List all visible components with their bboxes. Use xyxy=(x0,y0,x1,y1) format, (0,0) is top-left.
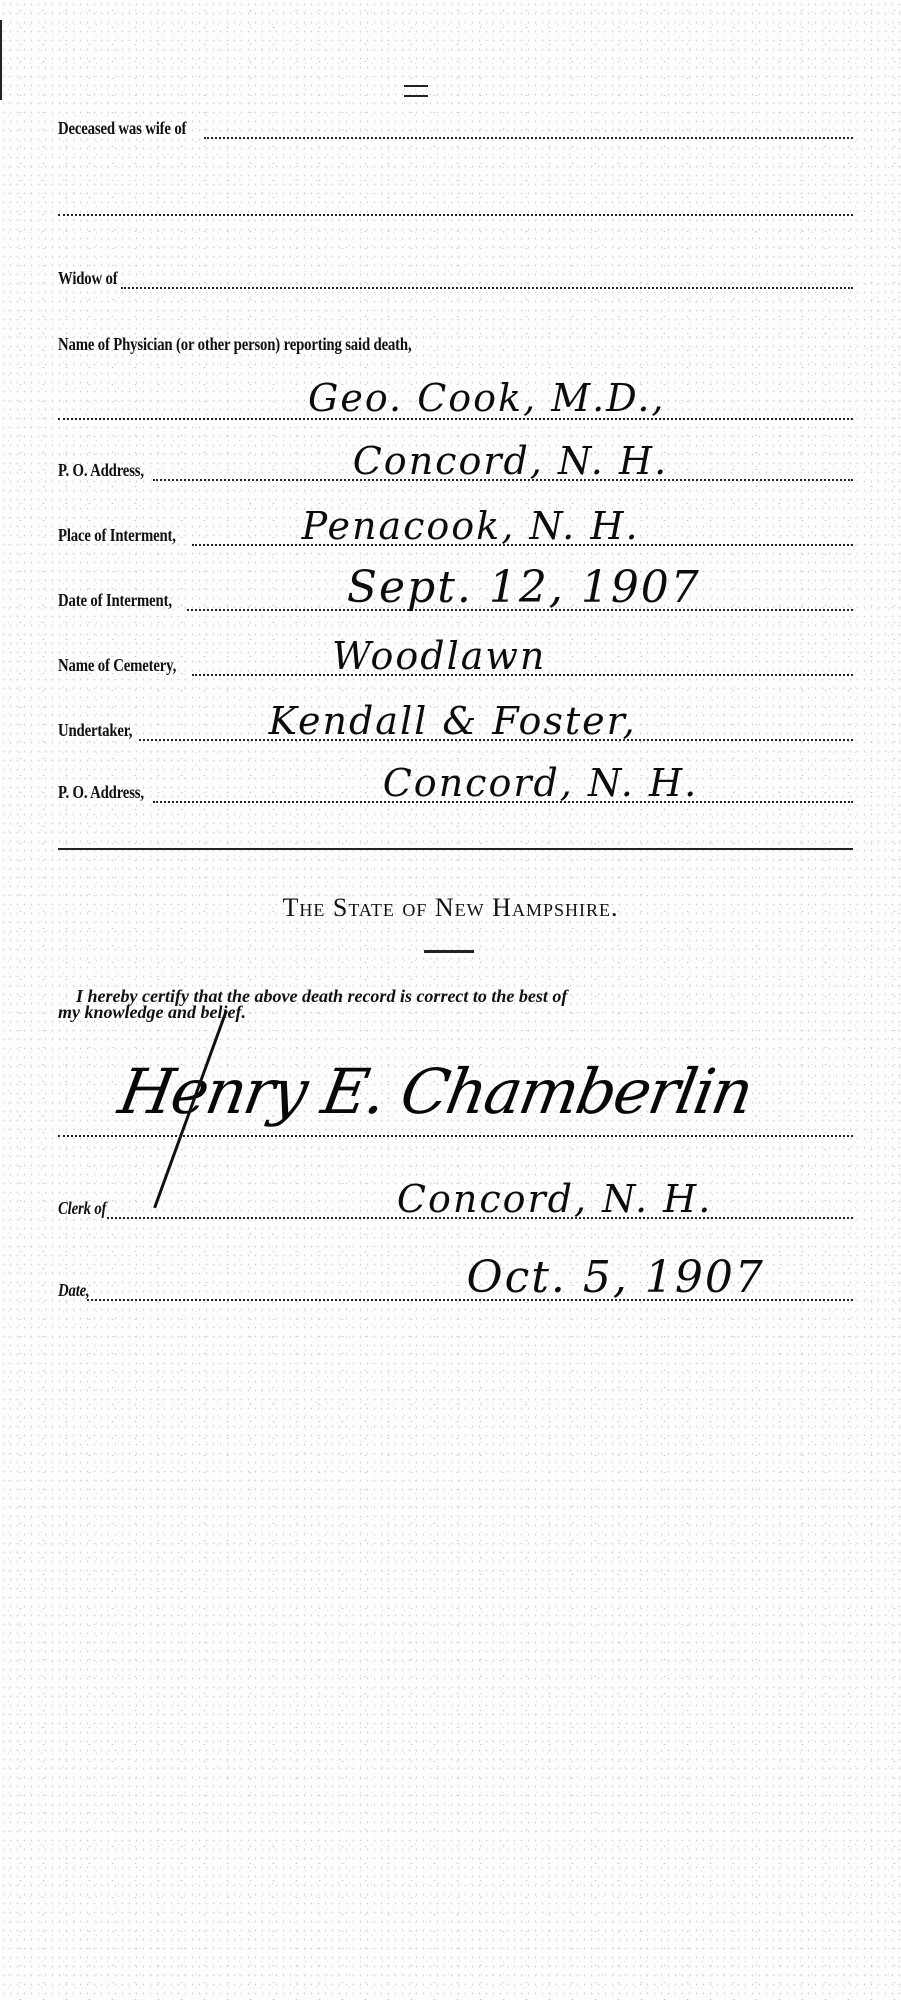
certification-line-2: my knowledge and belief. xyxy=(58,1004,853,1020)
field-widow-of: Widow of xyxy=(58,268,853,289)
field-label: Place of Interment, xyxy=(58,525,176,546)
field-date-of-interment: Date of Interment, Sept. 12, 1907 xyxy=(58,590,853,611)
field-place-of-interment: Place of Interment, Penacook, N. H. xyxy=(58,525,853,546)
field-value: Kendall & Foster, xyxy=(269,699,637,743)
field-undertaker-po-address: P. O. Address, Concord, N. H. xyxy=(58,782,853,803)
field-value: Penacook, N. H. xyxy=(302,504,640,548)
field-line: Woodlawn xyxy=(192,670,853,676)
field-label: Widow of xyxy=(58,268,118,289)
field-line: Concord, N. H. xyxy=(107,1213,853,1219)
signature-line xyxy=(58,1135,853,1137)
field-physician-line: Geo. Cook, M.D., xyxy=(58,418,853,420)
field-label: Name of Cemetery, xyxy=(58,655,176,676)
field-value: Concord, N. H. xyxy=(353,439,668,483)
field-line xyxy=(121,283,853,289)
field-physician-label: Name of Physician (or other person) repo… xyxy=(58,334,853,355)
field-label: Deceased was wife of xyxy=(58,118,186,139)
field-label: Clerk of xyxy=(58,1198,106,1219)
state-heading: The State of New Hampshire. xyxy=(0,893,901,923)
field-deceased-wife-of: Deceased was wife of xyxy=(58,118,853,139)
header-ornament xyxy=(404,85,428,97)
field-value: Concord, N. H. xyxy=(383,761,698,805)
field-value: Woodlawn xyxy=(332,634,546,678)
field-line: Kendall & Foster, xyxy=(139,735,853,741)
field-clerk-of: Clerk of Concord, N. H. xyxy=(58,1198,853,1219)
field-line xyxy=(204,133,853,139)
field-value: Geo. Cook, M.D., xyxy=(308,376,666,420)
section-divider xyxy=(58,848,853,850)
field-label: Date of Interment, xyxy=(58,590,172,611)
certification-statement: I hereby certify that the above death re… xyxy=(58,988,853,1020)
field-line: Oct. 5, 1907 xyxy=(87,1295,854,1301)
field-label: P. O. Address, xyxy=(58,460,144,481)
blank-continuation-line xyxy=(58,214,853,216)
field-line: Concord, N. H. xyxy=(153,475,853,481)
field-value: Sept. 12, 1907 xyxy=(347,562,701,613)
field-physician-po-address: P. O. Address, Concord, N. H. xyxy=(58,460,853,481)
field-line: Sept. 12, 1907 xyxy=(187,605,853,611)
clerk-signature: Henry E. Chamberlin xyxy=(114,1055,757,1128)
field-value: Concord, N. H. xyxy=(397,1177,712,1221)
field-label: Name of Physician (or other person) repo… xyxy=(58,334,411,355)
field-certification-date: Date, Oct. 5, 1907 xyxy=(58,1280,853,1301)
field-line: Penacook, N. H. xyxy=(192,540,853,546)
field-value: Oct. 5, 1907 xyxy=(467,1252,765,1303)
heading-dash xyxy=(424,950,474,953)
field-cemetery: Name of Cemetery, Woodlawn xyxy=(58,655,853,676)
scan-edge xyxy=(0,20,2,100)
field-label: Date, xyxy=(58,1280,90,1301)
field-label: P. O. Address, xyxy=(58,782,144,803)
field-line: Concord, N. H. xyxy=(153,797,853,803)
field-label: Undertaker, xyxy=(58,720,132,741)
field-undertaker: Undertaker, Kendall & Foster, xyxy=(58,720,853,741)
